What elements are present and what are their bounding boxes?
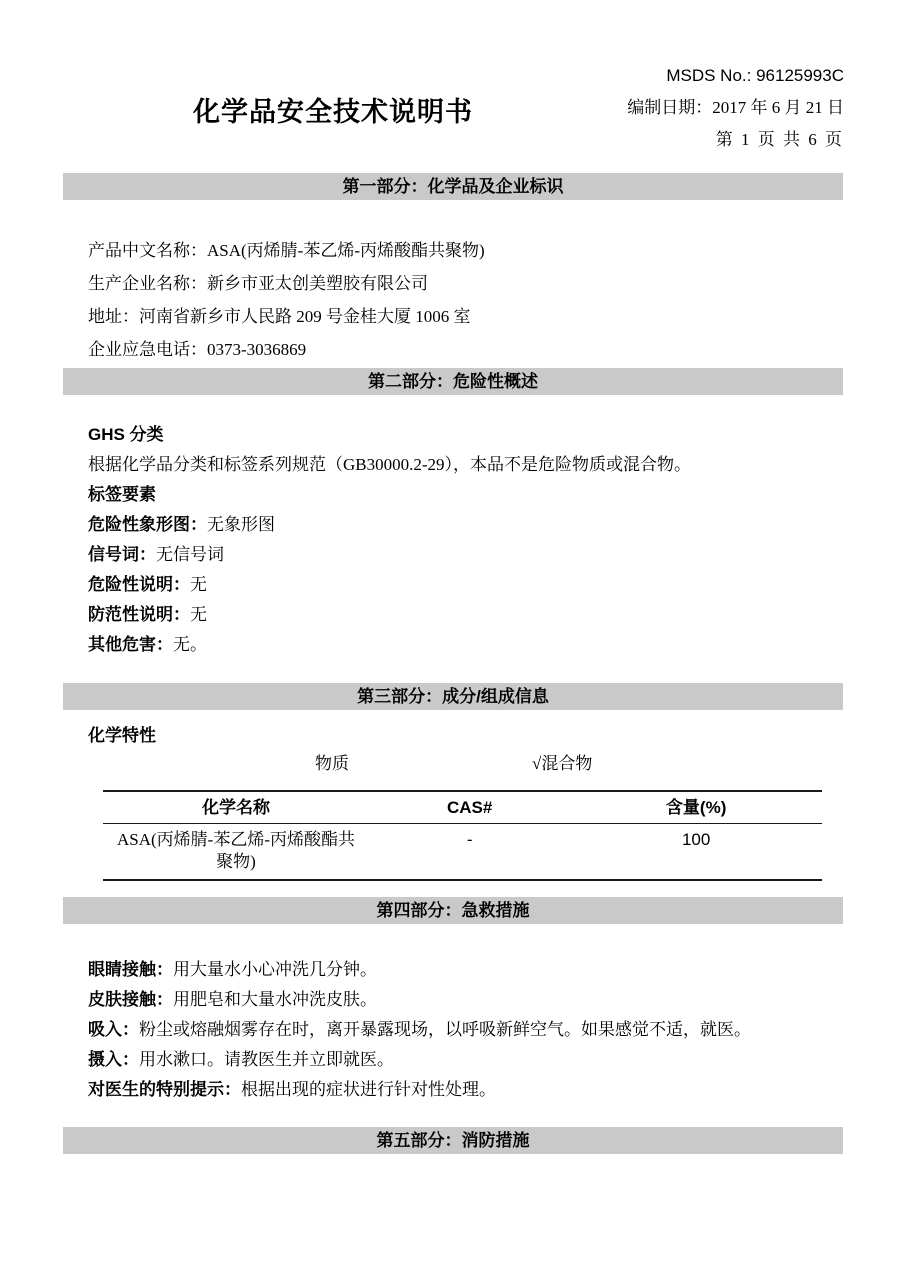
skin-contact-value: 用肥皂和大量水冲洗皮肤。 — [173, 990, 377, 1009]
eye-contact-value: 用大量水小心冲洗几分钟。 — [173, 960, 377, 979]
signal-word-row: 信号词：无信号词 — [88, 540, 860, 570]
ingestion-row: 摄入：用水漱口。请教医生并立即就医。 — [88, 1045, 860, 1075]
product-name-row: 产品中文名称：ASA(丙烯腈-苯乙烯-丙烯酸酯共聚物) — [88, 234, 860, 267]
table-data-row: ASA(丙烯腈-苯乙烯-丙烯酸酯共聚物) - 100 — [103, 824, 822, 879]
manufacturer-value: 新乡市亚太创美塑胶有限公司 — [207, 274, 428, 293]
address-label: 地址： — [88, 307, 139, 326]
col-content-percent: 含量(%) — [570, 792, 822, 823]
substance-option: 物质 — [315, 750, 349, 778]
doctor-note-row: 对医生的特别提示：根据出现的症状进行针对性处理。 — [88, 1075, 860, 1105]
inhalation-row: 吸入：粉尘或熔融烟雾存在时，离开暴露现场，以呼吸新鲜空气。如果感觉不适，就医。 — [88, 1015, 860, 1045]
other-hazards-row: 其他危害：无。 — [88, 630, 860, 660]
emergency-phone-value: 0373-3036869 — [207, 340, 306, 359]
table-header-row: 化学名称 CAS# 含量(%) — [103, 792, 822, 824]
cell-cas-number: - — [369, 829, 570, 873]
msds-document-page: { "colors": { "page_bg": "#ffffff", "sec… — [0, 0, 900, 1273]
section3-content: 化学特性 物质 √混合物 化学名称 CAS# 含量(%) ASA(丙烯腈-苯乙烯… — [88, 722, 860, 881]
signal-word-value: 无信号词 — [156, 545, 224, 564]
precaution-statement-row: 防范性说明：无 — [88, 600, 860, 630]
emergency-phone-label: 企业应急电话： — [88, 340, 207, 359]
pictogram-label: 危险性象形图： — [88, 515, 207, 534]
section1-content: 产品中文名称：ASA(丙烯腈-苯乙烯-丙烯酸酯共聚物) 生产企业名称：新乡市亚太… — [88, 234, 860, 366]
skin-contact-label: 皮肤接触： — [88, 990, 173, 1009]
hazard-statement-label: 危险性说明： — [88, 575, 190, 594]
section4-header: 第四部分：急救措施 — [63, 897, 843, 924]
inhalation-value: 粉尘或熔融烟雾存在时，离开暴露现场，以呼吸新鲜空气。如果感觉不适，就医。 — [139, 1020, 751, 1039]
manufacturer-row: 生产企业名称：新乡市亚太创美塑胶有限公司 — [88, 267, 860, 300]
eye-contact-label: 眼睛接触： — [88, 960, 173, 979]
section5-header: 第五部分：消防措施 — [63, 1127, 843, 1154]
product-name-value: ASA(丙烯腈-苯乙烯-丙烯酸酯共聚物) — [207, 241, 485, 260]
ghs-heading: GHS 分类 — [88, 420, 860, 450]
substance-type-row: 物质 √混合物 — [88, 750, 860, 778]
precaution-statement-label: 防范性说明： — [88, 605, 190, 624]
cell-content-percent: 100 — [570, 829, 822, 873]
manufacturer-label: 生产企业名称： — [88, 274, 207, 293]
inhalation-label: 吸入： — [88, 1020, 139, 1039]
page-title: 化学品安全技术说明书 — [193, 90, 473, 129]
doctor-note-value: 根据出现的症状进行针对性处理。 — [241, 1080, 496, 1099]
doctor-note-label: 对医生的特别提示： — [88, 1080, 241, 1099]
section3-header: 第三部分：成分/组成信息 — [63, 683, 843, 710]
pictogram-row: 危险性象形图：无象形图 — [88, 510, 860, 540]
hazard-statement-row: 危险性说明：无 — [88, 570, 860, 600]
cell-chemical-name: ASA(丙烯腈-苯乙烯-丙烯酸酯共聚物) — [103, 829, 369, 873]
col-chemical-name: 化学名称 — [103, 792, 369, 823]
msds-number: MSDS No.: 96125993C — [627, 60, 844, 92]
ingestion-value: 用水漱口。请教医生并立即就医。 — [139, 1050, 394, 1069]
ingestion-label: 摄入： — [88, 1050, 139, 1069]
signal-word-label: 信号词： — [88, 545, 156, 564]
document-header: 化学品安全技术说明书 MSDS No.: 96125993C 编制日期：2017… — [0, 0, 900, 173]
address-row: 地址：河南省新乡市人民路 209 号金桂大厦 1006 室 — [88, 300, 860, 333]
composition-table: 化学名称 CAS# 含量(%) ASA(丙烯腈-苯乙烯-丙烯酸酯共聚物) - 1… — [103, 790, 822, 881]
other-hazards-label: 其他危害： — [88, 635, 173, 654]
label-elements-heading: 标签要素 — [88, 480, 860, 510]
chemical-property-heading: 化学特性 — [88, 722, 860, 750]
hazard-statement-value: 无 — [190, 575, 207, 594]
address-value: 河南省新乡市人民路 209 号金桂大厦 1006 室 — [139, 307, 471, 326]
pictogram-value: 无象形图 — [207, 515, 275, 534]
section2-header: 第二部分：危险性概述 — [63, 368, 843, 395]
other-hazards-value: 无。 — [173, 635, 207, 654]
skin-contact-row: 皮肤接触：用肥皂和大量水冲洗皮肤。 — [88, 985, 860, 1015]
precaution-statement-value: 无 — [190, 605, 207, 624]
col-cas-number: CAS# — [369, 792, 570, 823]
prep-date: 编制日期：2017 年 6 月 21 日 — [627, 92, 844, 124]
emergency-phone-row: 企业应急电话：0373-3036869 — [88, 333, 860, 366]
section4-content: 眼睛接触：用大量水小心冲洗几分钟。 皮肤接触：用肥皂和大量水冲洗皮肤。 吸入：粉… — [88, 955, 860, 1105]
page-number: 第 1 页 共 6 页 — [627, 124, 844, 156]
product-name-label: 产品中文名称： — [88, 241, 207, 260]
mixture-option-checked: √混合物 — [532, 750, 592, 778]
section1-header: 第一部分：化学品及企业标识 — [63, 173, 843, 200]
section2-content: GHS 分类 根据化学品分类和标签系列规范（GB30000.2-29），本品不是… — [88, 420, 860, 660]
eye-contact-row: 眼睛接触：用大量水小心冲洗几分钟。 — [88, 955, 860, 985]
ghs-statement: 根据化学品分类和标签系列规范（GB30000.2-29），本品不是危险物质或混合… — [88, 450, 860, 480]
header-meta: MSDS No.: 96125993C 编制日期：2017 年 6 月 21 日… — [627, 60, 844, 156]
